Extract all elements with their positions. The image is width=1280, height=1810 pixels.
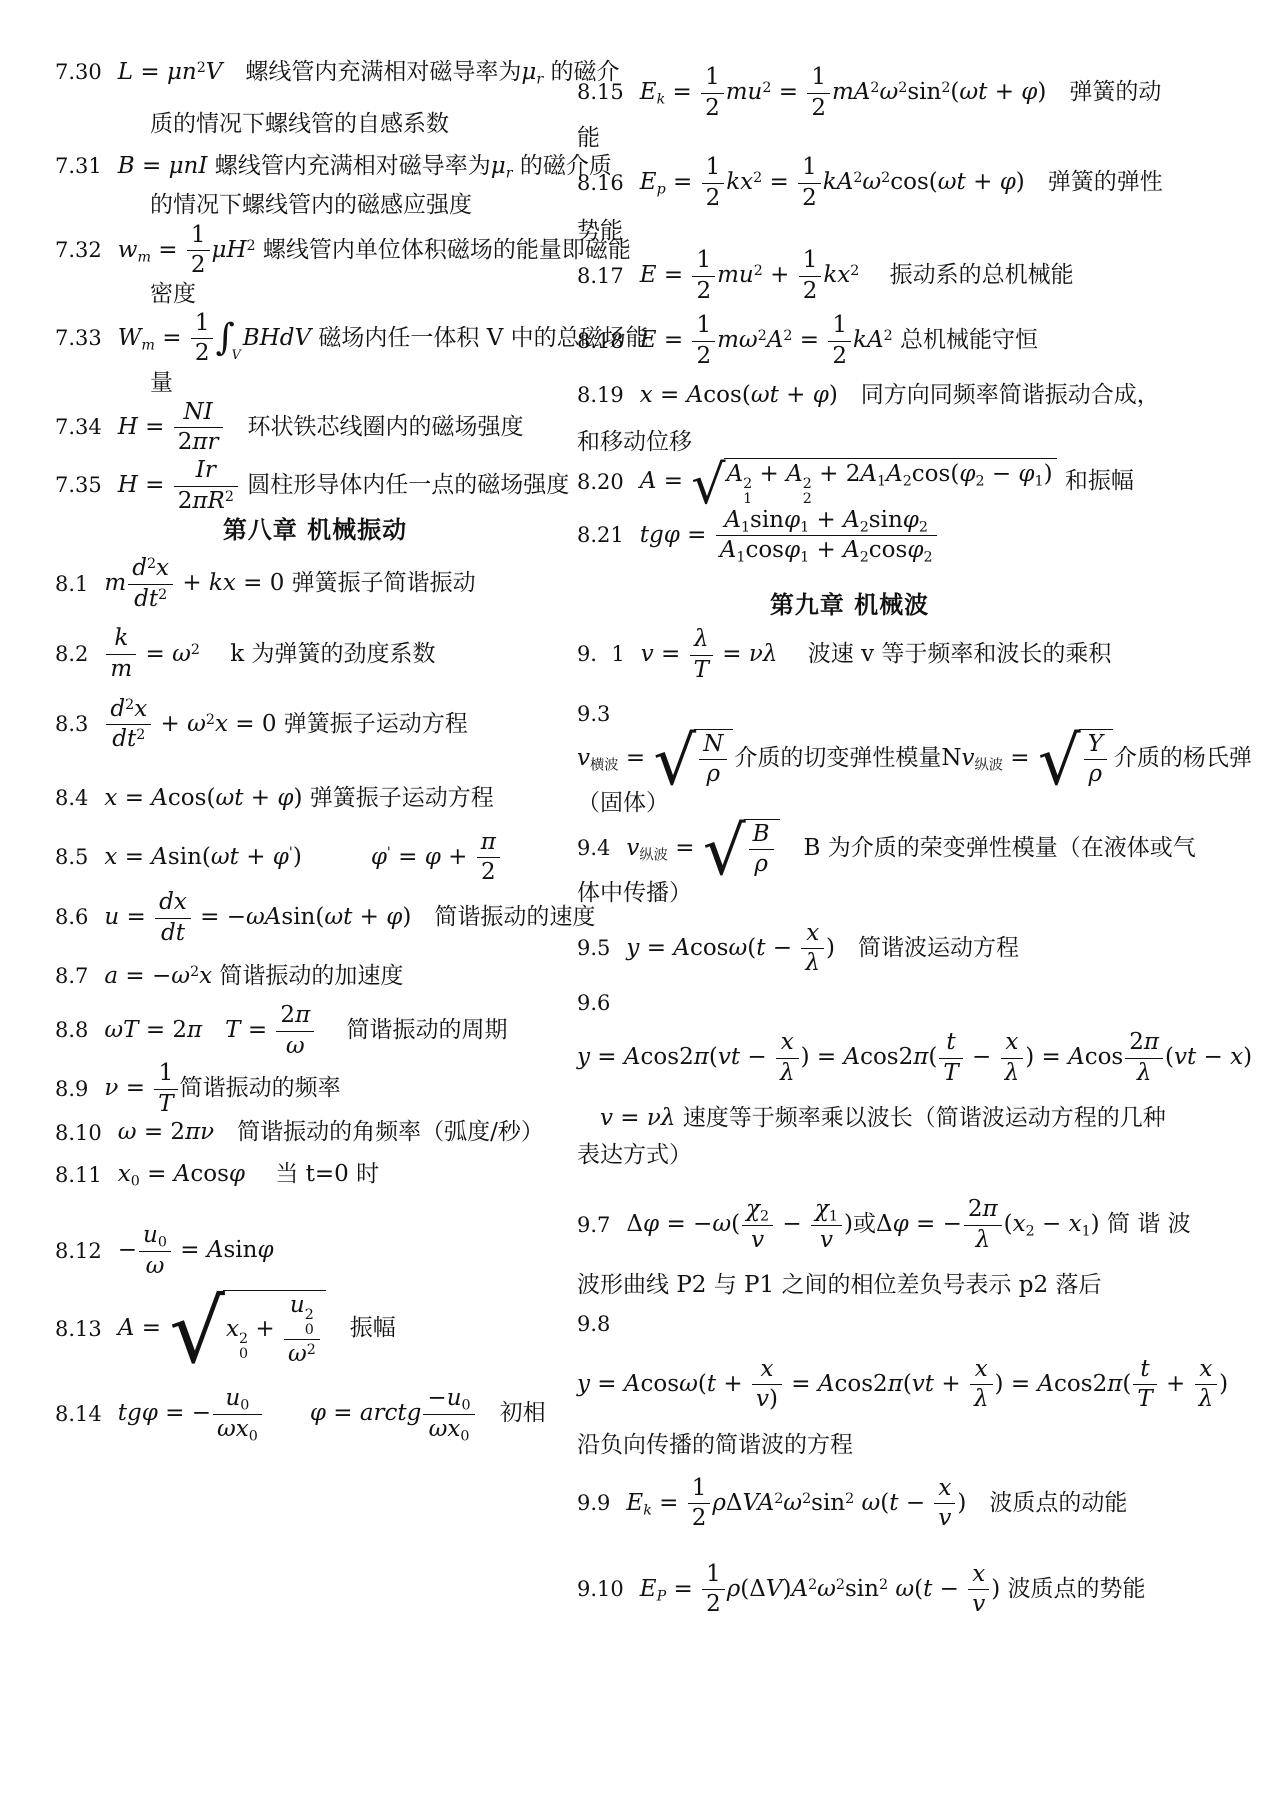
formula-content: u = dxdt = −ωAsin(ωt + φ) 简谐振动的速度 — [104, 889, 595, 947]
formula-content: 体中传播） — [577, 879, 692, 909]
entry-number: 8.18 — [577, 328, 624, 355]
entry-number: 8.16 — [577, 170, 624, 197]
entry-number: 8.6 — [55, 904, 88, 931]
entry-number: 7.35 — [55, 472, 102, 499]
entry-number: 8.11 — [55, 1162, 102, 1189]
formula-content: A = √A21 + A22 + 2A1A2cos(φ2 − φ1) 和振幅 — [640, 458, 1134, 506]
formula-content: A = √x20 + u20ω2 振幅 — [118, 1290, 396, 1368]
entry-number: 9.10 — [577, 1576, 624, 1603]
formula-row: 8.19x = Acos(ωt + φ) 同方向同频率简谐振动合成， — [577, 381, 1122, 411]
entry-number: 8.2 — [55, 641, 88, 668]
formula-content: 的情况下螺线管内的磁感应强度 — [150, 191, 472, 221]
formula-content: v = λT = νλ 波速 v 等于频率和波长的乘积 — [641, 626, 1112, 684]
formula-row: 7.34H = NI2πr 环状铁芯线圈内的磁场强度 — [55, 399, 575, 457]
formula-row: y = Acosω(t + xv) = Acos2π(vt + xλ) = Ac… — [577, 1356, 1122, 1414]
formula-content: km = ω2 k 为弹簧的劲度系数 — [104, 625, 435, 683]
formula-content: H = NI2πr 环状铁芯线圈内的磁场强度 — [118, 399, 524, 457]
formula-content: H = Ir2πR2 圆柱形导体内任一点的磁场强度 — [118, 457, 569, 515]
entry-number: 8.5 — [55, 844, 88, 871]
formula-content: 表达方式） — [577, 1141, 692, 1171]
formula-row: 密度 — [150, 280, 575, 310]
formula-row: 8.13A = √x20 + u20ω2 振幅 — [55, 1290, 575, 1368]
formula-content: x = Asin(ωt + φ') φ' = φ + π2 — [104, 829, 501, 887]
formula-content: E = 12mω2A2 = 12kA2 总机械能守恒 — [640, 312, 1038, 370]
entry-number: 8.13 — [55, 1316, 102, 1343]
formula-content: E = 12mu2 + 12kx2 振动系的总机械能 — [640, 247, 1074, 305]
entry-number: 8.12 — [55, 1238, 102, 1265]
entry-number: 9.9 — [577, 1490, 610, 1517]
formula-row: 8.7a = −ω2x 简谐振动的加速度 — [55, 962, 575, 992]
formula-row: 7.30L = μn2V 螺线管内充满相对磁导率为μr 的磁介 — [55, 58, 575, 88]
formula-content: 密度 — [150, 280, 196, 310]
formula-row: 9．1v = λT = νλ 波速 v 等于频率和波长的乘积 — [577, 626, 1122, 684]
entry-number: 9.7 — [577, 1212, 610, 1239]
formula-content: EP = 12ρ(ΔV)A2ω2sin2 ω(t − xv) 波质点的势能 — [640, 1561, 1146, 1619]
entry-number: 8.1 — [55, 571, 88, 598]
formula-row: 8.11x0 = Acosφ 当 t=0 时 — [55, 1160, 575, 1190]
formula-row: 势能 — [577, 217, 1122, 247]
formula-row: 8.1md2xdt2 + kx = 0 弹簧振子简谐振动 — [55, 555, 575, 613]
formula-row: 8.21tgφ = A1sinφ1 + A2sinφ2A1cosφ1 + A2c… — [577, 507, 1122, 565]
formula-content: 和移动位移 — [577, 428, 692, 458]
formula-row: 沿负向传播的简谐波的方程 — [577, 1431, 1122, 1461]
formula-row: v = νλ 速度等于频率乘以波长（简谐波运动方程的几种 — [577, 1104, 1122, 1134]
formula-row: 8.14tgφ = −u0ωx0 φ = arctg−u0ωx0 初相 — [55, 1385, 575, 1443]
formula-content: 量 — [150, 369, 173, 399]
entry-number: 7.33 — [55, 325, 102, 352]
document-page: 7.30L = μn2V 螺线管内充满相对磁导率为μr 的磁介质的情况下螺线管的… — [0, 0, 1280, 1810]
entry-number: 8.20 — [577, 469, 624, 496]
formula-content: wm = 12μH2 螺线管内单位体积磁场的能量即磁能 — [118, 222, 631, 280]
entry-number: 8.10 — [55, 1120, 102, 1147]
formula-row: 7.32wm = 12μH2 螺线管内单位体积磁场的能量即磁能 — [55, 222, 575, 280]
chapter-heading: 第九章 机械波 — [577, 590, 1122, 621]
formula-content: a = −ω2x 简谐振动的加速度 — [104, 962, 403, 992]
formula-row: 和移动位移 — [577, 428, 1122, 458]
entry-number: 9.6 — [577, 990, 610, 1017]
entry-number: 7.34 — [55, 414, 102, 441]
formula-content: tgφ = −u0ωx0 φ = arctg−u0ωx0 初相 — [118, 1385, 546, 1443]
formula-content: Ep = 12kx2 = 12kA2ω2cos(ωt + φ) 弹簧的弹性 — [640, 154, 1163, 212]
right-column: 8.15Ek = 12mu2 = 12mA2ω2sin2(ωt + φ) 弹簧的… — [577, 64, 1122, 1631]
formula-row: 质的情况下螺线管的自感系数 — [150, 110, 575, 140]
formula-content: 波形曲线 P2 与 P1 之间的相位差负号表示 p2 落后 — [577, 1271, 1101, 1301]
formula-content: ωT = 2π T = 2πω 简谐振动的周期 — [104, 1002, 507, 1060]
formula-content: y = Acos2π(vt − xλ) = Acos2π(tT − xλ) = … — [577, 1029, 1252, 1087]
formula-content: 势能 — [577, 217, 623, 247]
formula-row: 体中传播） — [577, 879, 1122, 909]
formula-content: ν = 1T简谐振动的频率 — [104, 1060, 340, 1118]
entry-number: 9.8 — [577, 1311, 610, 1338]
entry-number: 7.31 — [55, 153, 102, 180]
formula-content: x = Acos(ωt + φ) 同方向同频率简谐振动合成， — [640, 381, 1160, 411]
formula-row: 能 — [577, 124, 1122, 154]
formula-row: 9.6 — [577, 990, 1122, 1017]
formula-content: tgφ = A1sinφ1 + A2sinφ2A1cosφ1 + A2cosφ2 — [640, 507, 939, 565]
formula-content: v横波 = √Nρ介质的切变弹性模量Nv纵波 = √Yρ介质的杨氏弹 — [577, 729, 1252, 789]
formula-content: L = μn2V 螺线管内充满相对磁导率为μr 的磁介 — [118, 58, 620, 88]
formula-row: 8.16Ep = 12kx2 = 12kA2ω2cos(ωt + φ) 弹簧的弹… — [577, 154, 1122, 212]
formula-content: Ek = 12mu2 = 12mA2ω2sin2(ωt + φ) 弹簧的动 — [640, 64, 1162, 122]
formula-row: 8.18E = 12mω2A2 = 12kA2 总机械能守恒 — [577, 312, 1122, 370]
formula-content: md2xdt2 + kx = 0 弹簧振子简谐振动 — [104, 555, 475, 613]
formula-content: y = Acosω(t − xλ) 简谐波运动方程 — [626, 920, 1019, 978]
formula-content: −u0ω = Asinφ — [118, 1222, 274, 1280]
entry-number: 9.5 — [577, 935, 610, 962]
formula-content: Wm = 12∫VBHdV 磁场内任一体积 V 中的总磁场能 — [118, 310, 649, 368]
entry-number: 8.7 — [55, 963, 88, 990]
formula-row: 8.2km = ω2 k 为弹簧的劲度系数 — [55, 625, 575, 683]
formula-row: 8.5x = Asin(ωt + φ') φ' = φ + π2 — [55, 829, 575, 887]
formula-content: x0 = Acosφ 当 t=0 时 — [118, 1160, 379, 1190]
formula-row: 9.9Ek = 12ρΔVA2ω2sin2 ω(t − xv) 波质点的动能 — [577, 1475, 1122, 1533]
formula-row: 8.12−u0ω = Asinφ — [55, 1222, 575, 1280]
formula-row: 9.8 — [577, 1311, 1122, 1338]
formula-row: 9.7Δφ = −ω(χ2v − χ1v)或Δφ = −2πλ(x2 − x1)… — [577, 1196, 1122, 1254]
formula-content: 沿负向传播的简谐波的方程 — [577, 1431, 853, 1461]
formula-content: d2xdt2 + ω2x = 0 弹簧振子运动方程 — [104, 696, 467, 754]
entry-number: 8.15 — [577, 79, 624, 106]
entry-number: 8.19 — [577, 382, 624, 409]
formula-row: 8.20A = √A21 + A22 + 2A1A2cos(φ2 − φ1) 和… — [577, 458, 1122, 506]
formula-row: 7.31B = μnI 螺线管内充满相对磁导率为μr 的磁介质 — [55, 152, 575, 182]
entry-number: 8.17 — [577, 263, 624, 290]
entry-number: 8.9 — [55, 1076, 88, 1103]
formula-content: Δφ = −ω(χ2v − χ1v)或Δφ = −2πλ(x2 − x1) 简 … — [626, 1196, 1190, 1254]
entry-number: 7.30 — [55, 59, 102, 86]
formula-row: 8.6u = dxdt = −ωAsin(ωt + φ) 简谐振动的速度 — [55, 889, 575, 947]
formula-content: Ek = 12ρΔVA2ω2sin2 ω(t − xv) 波质点的动能 — [626, 1475, 1127, 1533]
entry-number: 8.14 — [55, 1401, 102, 1428]
formula-row: 8.8ωT = 2π T = 2πω 简谐振动的周期 — [55, 1002, 575, 1060]
entry-number: 9.4 — [577, 835, 610, 862]
chapter-heading: 第八章 机械振动 — [55, 515, 575, 546]
formula-content: 能 — [577, 124, 600, 154]
formula-row: 9.5y = Acosω(t − xλ) 简谐波运动方程 — [577, 920, 1122, 978]
formula-content: x = Acos(ωt + φ) 弹簧振子运动方程 — [104, 784, 493, 814]
entry-number: 9.3 — [577, 701, 610, 728]
formula-row: 8.10ω = 2πν 简谐振动的角频率（弧度/秒） — [55, 1118, 575, 1148]
entry-number: 8.8 — [55, 1017, 88, 1044]
entry-number: 9．1 — [577, 641, 625, 668]
formula-row: 量 — [150, 369, 575, 399]
formula-row: 8.3d2xdt2 + ω2x = 0 弹簧振子运动方程 — [55, 696, 575, 754]
formula-content: y = Acosω(t + xv) = Acos2π(vt + xλ) = Ac… — [577, 1356, 1228, 1414]
chapter-title: 第八章 机械振动 — [223, 515, 407, 546]
formula-row: y = Acos2π(vt − xλ) = Acos2π(tT − xλ) = … — [577, 1029, 1122, 1087]
entry-number: 8.21 — [577, 522, 624, 549]
entry-number: 8.3 — [55, 711, 88, 738]
formula-row: 波形曲线 P2 与 P1 之间的相位差负号表示 p2 落后 — [577, 1271, 1122, 1301]
formula-row: 7.35H = Ir2πR2 圆柱形导体内任一点的磁场强度 — [55, 457, 575, 515]
formula-row: 表达方式） — [577, 1141, 1122, 1171]
formula-content: （固体） — [577, 789, 669, 819]
formula-content: v = νλ 速度等于频率乘以波长（简谐波运动方程的几种 — [577, 1104, 1166, 1134]
formula-content: B = μnI 螺线管内充满相对磁导率为μr 的磁介质 — [118, 152, 612, 182]
formula-row: 的情况下螺线管内的磁感应强度 — [150, 191, 575, 221]
formula-row: 9.4v纵波 = √Bρ B 为介质的荣变弹性模量（在液体或气 — [577, 819, 1122, 879]
chapter-title: 第九章 机械波 — [770, 590, 929, 621]
formula-content: 质的情况下螺线管的自感系数 — [150, 110, 449, 140]
formula-row: 8.4x = Acos(ωt + φ) 弹簧振子运动方程 — [55, 784, 575, 814]
formula-row: v横波 = √Nρ介质的切变弹性模量Nv纵波 = √Yρ介质的杨氏弹 — [577, 729, 1122, 789]
entry-number: 7.32 — [55, 237, 102, 264]
formula-row: 8.9ν = 1T简谐振动的频率 — [55, 1060, 575, 1118]
entry-number: 8.4 — [55, 785, 88, 812]
formula-row: 9.10EP = 12ρ(ΔV)A2ω2sin2 ω(t − xv) 波质点的势… — [577, 1561, 1122, 1619]
formula-content: v纵波 = √Bρ B 为介质的荣变弹性模量（在液体或气 — [626, 819, 1195, 879]
formula-row: 8.15Ek = 12mu2 = 12mA2ω2sin2(ωt + φ) 弹簧的… — [577, 64, 1122, 122]
formula-content: ω = 2πν 简谐振动的角频率（弧度/秒） — [118, 1118, 544, 1148]
formula-row: 7.33Wm = 12∫VBHdV 磁场内任一体积 V 中的总磁场能 — [55, 310, 575, 368]
formula-row: 8.17E = 12mu2 + 12kx2 振动系的总机械能 — [577, 247, 1122, 305]
left-column: 7.30L = μn2V 螺线管内充满相对磁导率为μr 的磁介质的情况下螺线管的… — [55, 58, 575, 1465]
